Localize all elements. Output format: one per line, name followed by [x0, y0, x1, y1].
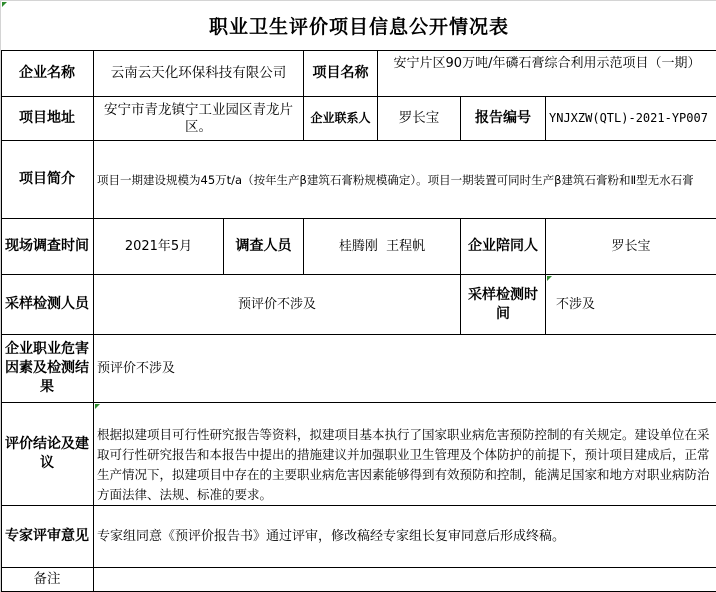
survey-time-label: 现场调查时间 [1, 219, 94, 275]
expert-review-label: 专家评审意见 [1, 506, 94, 568]
spreadsheet: 职业卫生评价项目信息公开情况表 企业名称 云南云天化环保科技有限公司 项目名称 … [0, 0, 716, 592]
remarks-value[interactable] [94, 568, 716, 592]
expert-review-value[interactable]: 专家组同意《预评价报告书》通过评审，修改稿经专家组长复审同意后形成终稿。 [94, 506, 716, 568]
remarks-label: 备注 [1, 568, 94, 592]
sampling-time-label: 采样检测时间 [461, 275, 546, 335]
project-name-label: 项目名称 [304, 50, 378, 97]
report-number-label: 报告编号 [461, 97, 546, 141]
company-name-label: 企业名称 [1, 50, 94, 97]
comment-indicator-icon [95, 404, 100, 409]
conclusion-label: 评价结论及建议 [1, 403, 94, 506]
sampling-time-value[interactable]: 不涉及 [546, 275, 716, 335]
hazard-factors-value[interactable]: 预评价不涉及 [94, 335, 716, 403]
hazard-factors-label: 企业职业危害因素及检测结果 [1, 335, 94, 403]
contact-person-value[interactable]: 罗长宝 [378, 97, 461, 141]
survey-date-value[interactable]: 2021年5月 [94, 219, 224, 275]
company-escort-value[interactable]: 罗长宝 [546, 219, 716, 275]
contact-person-label: 企业联系人 [304, 97, 378, 141]
project-address-value[interactable]: 安宁市青龙镇宁工业园区青龙片区。 [94, 97, 304, 141]
company-name-value[interactable]: 云南云天化环保科技有限公司 [94, 50, 304, 97]
comment-indicator-icon [547, 276, 552, 281]
company-escort-label: 企业陪同人 [461, 219, 546, 275]
surveyors-label: 调查人员 [224, 219, 304, 275]
sampling-staff-value[interactable]: 预评价不涉及 [94, 275, 461, 335]
project-summary-label: 项目简介 [1, 141, 94, 219]
project-name-value[interactable]: 安宁片区90万吨/年磷石膏综合利用示范项目（一期） [378, 50, 716, 97]
surveyors-value[interactable]: 桂腾刚 王程帆 [304, 219, 461, 275]
project-summary-value[interactable]: 项目一期建设规模为45万t/a（按年生产β建筑石膏粉规模确定）。项目一期装置可同… [94, 141, 716, 219]
conclusion-value[interactable]: 根据拟建项目可行性研究报告等资料，拟建项目基本执行了国家职业病危害预防控制的有关… [94, 403, 716, 506]
report-number-value[interactable]: YNJXZW(QTL)-2021-YP007 [546, 97, 716, 141]
project-address-label: 项目地址 [1, 97, 94, 141]
sampling-staff-label: 采样检测人员 [1, 275, 94, 335]
page-title: 职业卫生评价项目信息公开情况表 [1, 1, 716, 50]
